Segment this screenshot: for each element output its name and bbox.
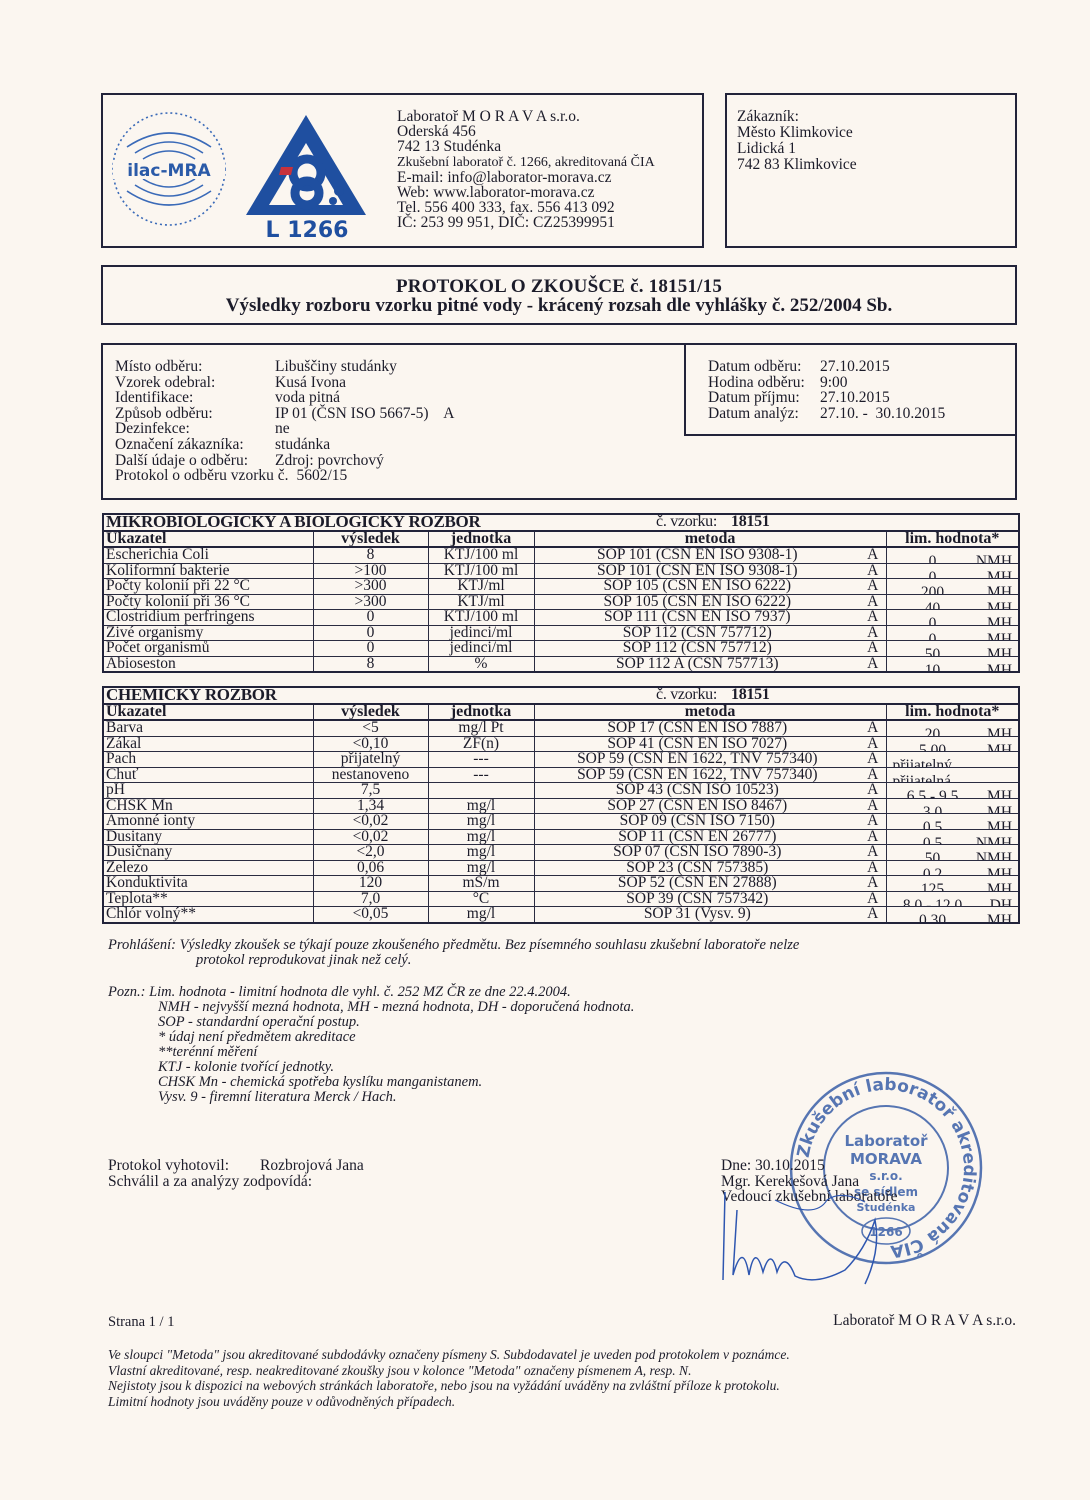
- cell-limit: 6,5 - 9,5MH: [886, 783, 1019, 799]
- sample-number: 18151: [731, 514, 770, 530]
- declaration-text-1: Výsledky zkoušek se týkají pouze zkoušen…: [180, 937, 800, 953]
- cell-accreditation: A: [860, 656, 886, 672]
- limit-value: 0: [887, 571, 979, 579]
- note-line: Vysv. 9 - firemní literatura Merck / Hac…: [108, 1090, 634, 1105]
- cell-unit: mS/m: [428, 876, 534, 892]
- sample-info-value: IP 01 (ČSN ISO 5667-5) A: [275, 406, 454, 422]
- col-unit: jednotka: [428, 531, 534, 548]
- sample-dates-box: Datum odběru:27.10.2015Hodina odběru:9:0…: [684, 343, 1017, 436]
- date-label: Datum příjmu:: [708, 390, 820, 406]
- cell-indicator: Zákal: [103, 736, 313, 752]
- page-number: Strana 1 / 1: [108, 1314, 174, 1331]
- section-title: MIKROBIOLOGICKÝ A BIOLOGICKÝ ROZBOR: [103, 514, 534, 531]
- notes-label: Pozn.:: [108, 984, 145, 1000]
- protocol-title: PROTOKOL O ZKOUŠCE č. 18151/15: [103, 277, 1015, 296]
- limit-type: NMH: [976, 555, 1012, 563]
- cell-accreditation: A: [860, 752, 886, 768]
- cell-result: 0,06: [313, 860, 428, 876]
- table-column-header: Ukazatelvýsledekjednotkametodalim. hodno…: [103, 531, 1019, 548]
- cell-accreditation: A: [860, 563, 886, 579]
- lab-web: Web: www.laborator-morava.cz: [397, 185, 655, 200]
- footer-notes: Ve sloupci "Metoda" jsou akreditované su…: [108, 1347, 790, 1409]
- sample-info-value: ne: [275, 421, 290, 437]
- sample-info-value: Kusá Ivona: [275, 375, 346, 391]
- chemistry-table: CHEMICKÝ ROZBORč. vzorku:18151Ukazatelvý…: [102, 686, 1020, 924]
- sample-info-row: Označení zákazníka:studánka: [115, 437, 454, 453]
- cell-unit: KTJ/100 ml: [428, 563, 534, 579]
- table-section-header: CHEMICKÝ ROZBORč. vzorku:18151: [103, 687, 1019, 704]
- limit-type: DH: [990, 899, 1012, 907]
- lab-email: E-mail: info@laborator-morava.cz: [397, 170, 655, 185]
- table-section-header: MIKROBIOLOGICKÝ A BIOLOGICKÝ ROZBORč. vz…: [103, 514, 1019, 531]
- cia-accreditation-logo-icon: L 1266: [241, 107, 371, 242]
- limit-value: 40: [887, 602, 979, 610]
- cell-indicator: Počty kolonií při 36 °C: [103, 594, 313, 610]
- cell-indicator: Chlór volný**: [103, 907, 313, 923]
- cell-method: SOP 101 (ČSN EN ISO 9308-1): [534, 563, 860, 579]
- table-row: Barva<5mg/l PtSOP 17 (ČSN EN ISO 7887)A2…: [103, 720, 1019, 736]
- date-value: 27.10. - 30.10.2015: [820, 406, 945, 422]
- limit-type: MH: [987, 633, 1012, 641]
- cell-method: SOP 41 (ČSN EN ISO 7027): [534, 736, 860, 752]
- limit-type: MH: [987, 883, 1012, 891]
- customer-street: Lidická 1: [737, 141, 857, 157]
- cell-accreditation: A: [860, 579, 886, 595]
- cell-limit: 0,5MH: [886, 814, 1019, 830]
- cell-result: <5: [313, 720, 428, 736]
- limit-type: MH: [987, 664, 1012, 672]
- footer-note-line: Nejistoty jsou k dispozici na webových s…: [108, 1378, 790, 1394]
- svg-text:Laboratoř: Laboratoř: [844, 1132, 928, 1150]
- col-method: metoda: [534, 704, 886, 721]
- cell-indicator: Escherichia Coli: [103, 547, 313, 563]
- declaration-text-2: protokol reprodukovat jinak než celý.: [108, 953, 799, 968]
- notes: Pozn.: Lim. hodnota - limitní hodnota dl…: [108, 985, 634, 1105]
- protocol-title-box: PROTOKOL O ZKOUŠCE č. 18151/15 Výsledky …: [101, 265, 1017, 325]
- date-row: Datum příjmu:27.10.2015: [708, 390, 945, 406]
- cell-unit: mg/l Pt: [428, 720, 534, 736]
- limit-type: MH: [987, 806, 1012, 814]
- svg-text:ilac-MRA: ilac-MRA: [127, 161, 211, 181]
- lab-accreditation: Zkušební laboratoř č. 1266, akreditovaná…: [397, 155, 655, 170]
- note-line: NMH - nejvyšší mezná hodnota, MH - mezná…: [108, 1000, 634, 1015]
- date-label: Datum odběru:: [708, 359, 820, 375]
- cell-limit: 8,0 - 12,0DH: [886, 891, 1019, 907]
- cell-accreditation: A: [860, 610, 886, 626]
- declaration-label: Prohlášení:: [108, 937, 176, 953]
- cell-method: SOP 105 (ČSN EN ISO 6222): [534, 579, 860, 595]
- cell-method: SOP 59 (ČSN EN 1622, TNV 757340): [534, 767, 860, 783]
- date-label: Hodina odběru:: [708, 375, 820, 391]
- table-row: Počty kolonií při 22 °C>300KTJ/mlSOP 105…: [103, 579, 1019, 595]
- sample-info-label: Vzorek odebral:: [115, 375, 275, 391]
- col-method: metoda: [534, 531, 886, 548]
- cell-limit: 3,0MH: [886, 798, 1019, 814]
- cell-unit: mg/l: [428, 845, 534, 861]
- cell-method: SOP 07 (ČSN ISO 7890-3): [534, 845, 860, 861]
- note-line: Pozn.: Lim. hodnota - limitní hodnota dl…: [108, 985, 634, 1000]
- date-value: 9:00: [820, 375, 848, 391]
- cell-limit: 125MH: [886, 876, 1019, 892]
- limit-value: přijatelný: [893, 759, 985, 767]
- sample-info-row: Místo odběru:Libuščiny studánky: [115, 359, 454, 375]
- limit-value: 0: [887, 617, 979, 625]
- limit-type: NMH: [976, 852, 1012, 860]
- cell-indicator: Clostridium perfringens: [103, 610, 313, 626]
- footer-note-line: Ve sloupci "Metoda" jsou akreditované su…: [108, 1347, 790, 1363]
- footer-company: Laboratoř M O R A V A s.r.o.: [833, 1312, 1016, 1330]
- cell-result: >100: [313, 563, 428, 579]
- cell-limit: 0MH: [886, 625, 1019, 641]
- table-column-header: Ukazatelvýsledekjednotkametodalim. hodno…: [103, 704, 1019, 721]
- limit-value: 50: [887, 648, 979, 656]
- table-row: Amonné ionty<0,02mg/lSOP 09 (ČSN ISO 715…: [103, 814, 1019, 830]
- cell-accreditation: A: [860, 625, 886, 641]
- cell-result: 7,0: [313, 891, 428, 907]
- cell-method: SOP 27 (ČSN EN ISO 8467): [534, 798, 860, 814]
- cell-result: 0: [313, 641, 428, 657]
- cell-limit: 10MH: [886, 656, 1019, 672]
- sample-info-row: Způsob odběru:IP 01 (ČSN ISO 5667-5) A: [115, 406, 454, 422]
- sample-info-value: voda pitná: [275, 390, 340, 406]
- sample-info-value: Zdroj: povrchový: [275, 453, 384, 469]
- cell-method: SOP 101 (ČSN EN ISO 9308-1): [534, 547, 860, 563]
- cell-indicator: Počty kolonií při 22 °C: [103, 579, 313, 595]
- col-unit: jednotka: [428, 704, 534, 721]
- cell-unit: jedinci/ml: [428, 625, 534, 641]
- cell-accreditation: A: [860, 876, 886, 892]
- cell-accreditation: A: [860, 798, 886, 814]
- footer-note-line: Limitní hodnoty jsou uváděny pouze v odů…: [108, 1394, 790, 1410]
- cell-limit: 50MH: [886, 641, 1019, 657]
- cell-limit: 50NMH: [886, 845, 1019, 861]
- limit-value: 50: [887, 852, 979, 860]
- prepared-by-label: Protokol vyhotovil:: [108, 1158, 260, 1174]
- col-indicator: Ukazatel: [103, 531, 313, 548]
- cell-result: 7,5: [313, 783, 428, 799]
- footer-note-line: Vlastní akreditované, resp. neakreditova…: [108, 1363, 790, 1379]
- limit-type: MH: [987, 790, 1012, 798]
- limit-type: MH: [987, 586, 1012, 594]
- table-row: Escherichia Coli8KTJ/100 mlSOP 101 (ČSN …: [103, 547, 1019, 563]
- sample-info-label: Protokol o odběru vzorku č.: [115, 468, 288, 484]
- limit-type: MH: [987, 914, 1012, 922]
- cell-result: <0,02: [313, 829, 428, 845]
- date-row: Datum odběru:27.10.2015: [708, 359, 945, 375]
- cell-limit: 200MH: [886, 579, 1019, 595]
- limit-type: MH: [987, 617, 1012, 625]
- prepared-by-name: Rozbrojová Jana: [260, 1158, 364, 1174]
- cell-method: SOP 112 A (ČSN 757713): [534, 656, 860, 672]
- cell-limit: 0MH: [886, 610, 1019, 626]
- table-row: Koliformní bakterie>100KTJ/100 mlSOP 101…: [103, 563, 1019, 579]
- cell-result: <2,0: [313, 845, 428, 861]
- cell-unit: KTJ/ml: [428, 579, 534, 595]
- cell-result: 0: [313, 610, 428, 626]
- col-result: výsledek: [313, 704, 428, 721]
- signature-icon: [715, 1180, 890, 1290]
- cell-unit: KTJ/100 ml: [428, 547, 534, 563]
- cell-method: SOP 59 (ČSN EN 1622, TNV 757340): [534, 752, 860, 768]
- cell-accreditation: A: [860, 767, 886, 783]
- table-row: Železo0,06mg/lSOP 23 (ČSN 757385)A0,2MH: [103, 860, 1019, 876]
- approved-by-label: Schválil a za analýzy zodpovídá:: [108, 1174, 312, 1190]
- col-limit: lim. hodnota*: [886, 531, 1019, 548]
- sample-number: 18151: [731, 687, 770, 703]
- table-row: Počty kolonií při 36 °C>300KTJ/mlSOP 105…: [103, 594, 1019, 610]
- cell-accreditation: A: [860, 891, 886, 907]
- sample-info-row: Další údaje o odběru:Zdroj: povrchový: [115, 453, 454, 469]
- cell-indicator: Teplota**: [103, 891, 313, 907]
- note-line: **terénní měření: [108, 1045, 634, 1060]
- lab-header: ilac-MRA L 1266 Laboratoř M O R A V A s.…: [101, 93, 704, 248]
- sample-info-row: Identifikace:voda pitná: [115, 390, 454, 406]
- cell-result: 120: [313, 876, 428, 892]
- cell-limit: 0MH: [886, 563, 1019, 579]
- cell-accreditation: A: [860, 829, 886, 845]
- customer-label: Zákazník:: [737, 109, 857, 125]
- cell-accreditation: A: [860, 845, 886, 861]
- date-label: Datum analýz:: [708, 406, 820, 422]
- cell-accreditation: A: [860, 641, 886, 657]
- cell-unit: ---: [428, 752, 534, 768]
- cell-result: <0,02: [313, 814, 428, 830]
- customer-box: Zákazník: Město Klimkovice Lidická 1 742…: [725, 93, 1017, 248]
- sample-info-label: Identifikace:: [115, 390, 275, 406]
- sample-info-label: Místo odběru:: [115, 359, 275, 375]
- section-title: CHEMICKÝ ROZBOR: [103, 687, 534, 704]
- limit-type: NMH: [976, 837, 1012, 845]
- cell-indicator: Konduktivita: [103, 876, 313, 892]
- cell-accreditation: A: [860, 907, 886, 923]
- cell-method: SOP 52 (ČSN EN 27888): [534, 876, 860, 892]
- cell-method: SOP 111 (ČSN EN ISO 7937): [534, 610, 860, 626]
- limit-type: MH: [987, 744, 1012, 752]
- limit-value: 0,5: [887, 837, 979, 845]
- table-row: Chlór volný**<0,05mg/lSOP 31 (Vysv. 9)A0…: [103, 907, 1019, 923]
- cell-unit: mg/l: [428, 829, 534, 845]
- cell-result: přijatelný: [313, 752, 428, 768]
- cell-method: SOP 17 (ČSN EN ISO 7887): [534, 720, 860, 736]
- svg-text:L 1266: L 1266: [266, 218, 349, 242]
- cell-result: 8: [313, 547, 428, 563]
- cell-unit: ---: [428, 767, 534, 783]
- cell-accreditation: A: [860, 720, 886, 736]
- limit-value: 6,5 - 9,5: [887, 790, 979, 798]
- protocol-subtitle: Výsledky rozboru vzorku pitné vody - krá…: [103, 296, 1015, 316]
- limit-type: MH: [987, 728, 1012, 736]
- limit-type: MH: [987, 571, 1012, 579]
- table-row: Dusičnany<2,0mg/lSOP 07 (ČSN ISO 7890-3)…: [103, 845, 1019, 861]
- cell-limit: 40MH: [886, 594, 1019, 610]
- table-row: Dusitany<0,02mg/lSOP 11 (ČSN EN 26777)A0…: [103, 829, 1019, 845]
- cell-unit: %: [428, 656, 534, 672]
- limit-value: 0,30: [887, 914, 979, 922]
- limit-value: 0: [887, 555, 979, 563]
- sample-info-row: Dezinfekce:ne: [115, 421, 454, 437]
- cell-method: SOP 09 (ČSN ISO 7150): [534, 814, 860, 830]
- table-row: Živé organismy0jedinci/mlSOP 112 (ČSN 75…: [103, 625, 1019, 641]
- cell-method: SOP 11 (ČSN EN 26777): [534, 829, 860, 845]
- limit-type: MH: [987, 648, 1012, 656]
- limit-value: 3,0: [887, 806, 979, 814]
- microbiology-table: MIKROBIOLOGICKÝ A BIOLOGICKÝ ROZBORč. vz…: [102, 513, 1020, 673]
- table-row: CHSK Mn1,34mg/lSOP 27 (ČSN EN ISO 8467)A…: [103, 798, 1019, 814]
- table-row: Clostridium perfringens0KTJ/100 mlSOP 11…: [103, 610, 1019, 626]
- date-row: Datum analýz:27.10. - 30.10.2015: [708, 406, 945, 422]
- lab-contact-block: Laboratoř M O R A V A s.r.o. Oderská 456…: [397, 109, 655, 231]
- cell-indicator: Barva: [103, 720, 313, 736]
- limit-value: 20: [887, 728, 979, 736]
- sample-number-label: č. vzorku:: [656, 514, 717, 530]
- cell-limit: 20MH: [886, 720, 1019, 736]
- cell-limit: 0,30MH: [886, 907, 1019, 923]
- cell-accreditation: A: [860, 736, 886, 752]
- cell-indicator: CHSK Mn: [103, 798, 313, 814]
- cell-unit: ZF(n): [428, 736, 534, 752]
- cell-limit: přijatelný: [886, 752, 1019, 768]
- sample-info-label: Dezinfekce:: [115, 421, 275, 437]
- cell-indicator: Pach: [103, 752, 313, 768]
- limit-type: MH: [987, 821, 1012, 829]
- cell-accreditation: A: [860, 547, 886, 563]
- cell-result: <0,10: [313, 736, 428, 752]
- lab-city: 742 13 Studénka: [397, 139, 655, 154]
- col-limit: lim. hodnota*: [886, 704, 1019, 721]
- table-row: Pachpřijatelný---SOP 59 (ČSN EN 1622, TN…: [103, 752, 1019, 768]
- lab-name: Laboratoř M O R A V A s.r.o.: [397, 109, 655, 124]
- cell-indicator: Amonné ionty: [103, 814, 313, 830]
- cell-indicator: Počet organismů: [103, 641, 313, 657]
- note-line: CHSK Mn - chemická spotřeba kyslíku mang…: [108, 1075, 634, 1090]
- limit-value: 0: [887, 633, 979, 641]
- col-result: výsledek: [313, 531, 428, 548]
- cell-indicator: Železo: [103, 860, 313, 876]
- sign-date: Dne: 30.10.2015: [721, 1158, 897, 1174]
- cell-result: 0: [313, 625, 428, 641]
- cell-accreditation: A: [860, 814, 886, 830]
- cell-method: SOP 23 (ČSN 757385): [534, 860, 860, 876]
- cell-result: 8: [313, 656, 428, 672]
- cell-limit: 0,2MH: [886, 860, 1019, 876]
- cell-indicator: Živé organismy: [103, 625, 313, 641]
- date-value: 27.10.2015: [820, 359, 890, 375]
- sample-info-label: Způsob odběru:: [115, 406, 275, 422]
- limit-value: 200: [887, 586, 979, 594]
- sample-info-label: Označení zákazníka:: [115, 437, 275, 453]
- cell-limit: přijatelná: [886, 767, 1019, 783]
- limit-type: MH: [987, 868, 1012, 876]
- limit-value: 10: [887, 664, 979, 672]
- sample-number-cell: č. vzorku:18151: [534, 687, 1019, 704]
- cell-result: >300: [313, 579, 428, 595]
- cell-unit: mg/l: [428, 814, 534, 830]
- limit-type: MH: [987, 602, 1012, 610]
- table-row: Zákal<0,10ZF(n)SOP 41 (ČSN EN ISO 7027)A…: [103, 736, 1019, 752]
- cell-limit: 5,00MH: [886, 736, 1019, 752]
- cell-indicator: Dusitany: [103, 829, 313, 845]
- cell-method: SOP 31 (Vysv. 9): [534, 907, 860, 923]
- cell-accreditation: A: [860, 783, 886, 799]
- cell-unit: jedinci/ml: [428, 641, 534, 657]
- limit-value: přijatelná: [893, 775, 985, 783]
- cell-result: 1,34: [313, 798, 428, 814]
- cell-limit: 0NMH: [886, 547, 1019, 563]
- cell-unit: °C: [428, 891, 534, 907]
- limit-value: 0,5: [887, 821, 979, 829]
- cell-method: SOP 112 (ČSN 757712): [534, 625, 860, 641]
- table-row: Chuťnestanoveno---SOP 59 (ČSN EN 1622, T…: [103, 767, 1019, 783]
- cell-method: SOP 43 (ČSN ISO 10523): [534, 783, 860, 799]
- note-line: * údaj není předmětem akreditace: [108, 1030, 634, 1045]
- note-line: SOP - standardní operační postup.: [108, 1015, 634, 1030]
- lab-ids: IČ: 253 99 951, DIČ: CZ25399951: [397, 215, 655, 230]
- note-text: Lim. hodnota - limitní hodnota dle vyhl.…: [149, 984, 571, 1000]
- sample-info-list: Místo odběru:Libuščiny studánkyVzorek od…: [115, 359, 454, 484]
- sample-dates-list: Datum odběru:27.10.2015Hodina odběru:9:0…: [708, 359, 945, 421]
- lab-street: Oderská 456: [397, 124, 655, 139]
- cell-indicator: pH: [103, 783, 313, 799]
- sample-number-cell: č. vzorku:18151: [534, 514, 1019, 531]
- limit-value: 125: [887, 883, 979, 891]
- cell-accreditation: A: [860, 860, 886, 876]
- cell-unit: mg/l: [428, 860, 534, 876]
- signoff-block: Protokol vyhotovil:Rozbrojová Jana Schvá…: [108, 1158, 364, 1189]
- ilac-mra-logo-icon: ilac-MRA: [109, 109, 229, 229]
- cell-indicator: Chuť: [103, 767, 313, 783]
- limit-value: 5,00: [887, 744, 979, 752]
- sample-number-label: č. vzorku:: [656, 687, 717, 703]
- cell-unit: mg/l: [428, 798, 534, 814]
- table-row: pH7,5SOP 43 (ČSN ISO 10523)A6,5 - 9,5MH: [103, 783, 1019, 799]
- lab-phone: Tel. 556 400 333, fax. 556 413 092: [397, 200, 655, 215]
- sample-info-value: 5602/15: [296, 468, 347, 484]
- cell-result: <0,05: [313, 907, 428, 923]
- cell-indicator: Abioseston: [103, 656, 313, 672]
- sample-info-value: Libuščiny studánky: [275, 359, 397, 375]
- cell-unit: KTJ/100 ml: [428, 610, 534, 626]
- date-row: Hodina odběru:9:00: [708, 375, 945, 391]
- cell-unit: [428, 783, 534, 799]
- sample-info-label: Další údaje o odběru:: [115, 453, 275, 469]
- col-indicator: Ukazatel: [103, 704, 313, 721]
- cell-method: SOP 39 (ČSN 757342): [534, 891, 860, 907]
- limit-value: 8,0 - 12,0: [887, 899, 979, 907]
- table-row: Abioseston8%SOP 112 A (ČSN 757713)A10MH: [103, 656, 1019, 672]
- limit-value: 0,2: [887, 868, 979, 876]
- cell-indicator: Koliformní bakterie: [103, 563, 313, 579]
- cell-result: >300: [313, 594, 428, 610]
- table-row: Teplota**7,0°CSOP 39 (ČSN 757342)A8,0 - …: [103, 891, 1019, 907]
- customer-name: Město Klimkovice: [737, 125, 857, 141]
- cell-indicator: Dusičnany: [103, 845, 313, 861]
- cell-limit: 0,5NMH: [886, 829, 1019, 845]
- note-line: KTJ - kolonie tvořící jednotky.: [108, 1060, 634, 1075]
- declaration: Prohlášení: Výsledky zkoušek se týkají p…: [108, 938, 799, 968]
- table-row: Počet organismů0jedinci/mlSOP 112 (ČSN 7…: [103, 641, 1019, 657]
- cell-unit: mg/l: [428, 907, 534, 923]
- sample-info-value: studánka: [275, 437, 330, 453]
- customer-city: 742 83 Klimkovice: [737, 157, 857, 173]
- cell-method: SOP 112 (ČSN 757712): [534, 641, 860, 657]
- cell-result: nestanoveno: [313, 767, 428, 783]
- sample-info-row: Vzorek odebral:Kusá Ivona: [115, 375, 454, 391]
- cell-method: SOP 105 (ČSN EN ISO 6222): [534, 594, 860, 610]
- cell-accreditation: A: [860, 594, 886, 610]
- date-value: 27.10.2015: [820, 390, 890, 406]
- table-row: Konduktivita120mS/mSOP 52 (ČSN EN 27888)…: [103, 876, 1019, 892]
- sample-info-row: Protokol o odběru vzorku č.5602/15: [115, 468, 454, 484]
